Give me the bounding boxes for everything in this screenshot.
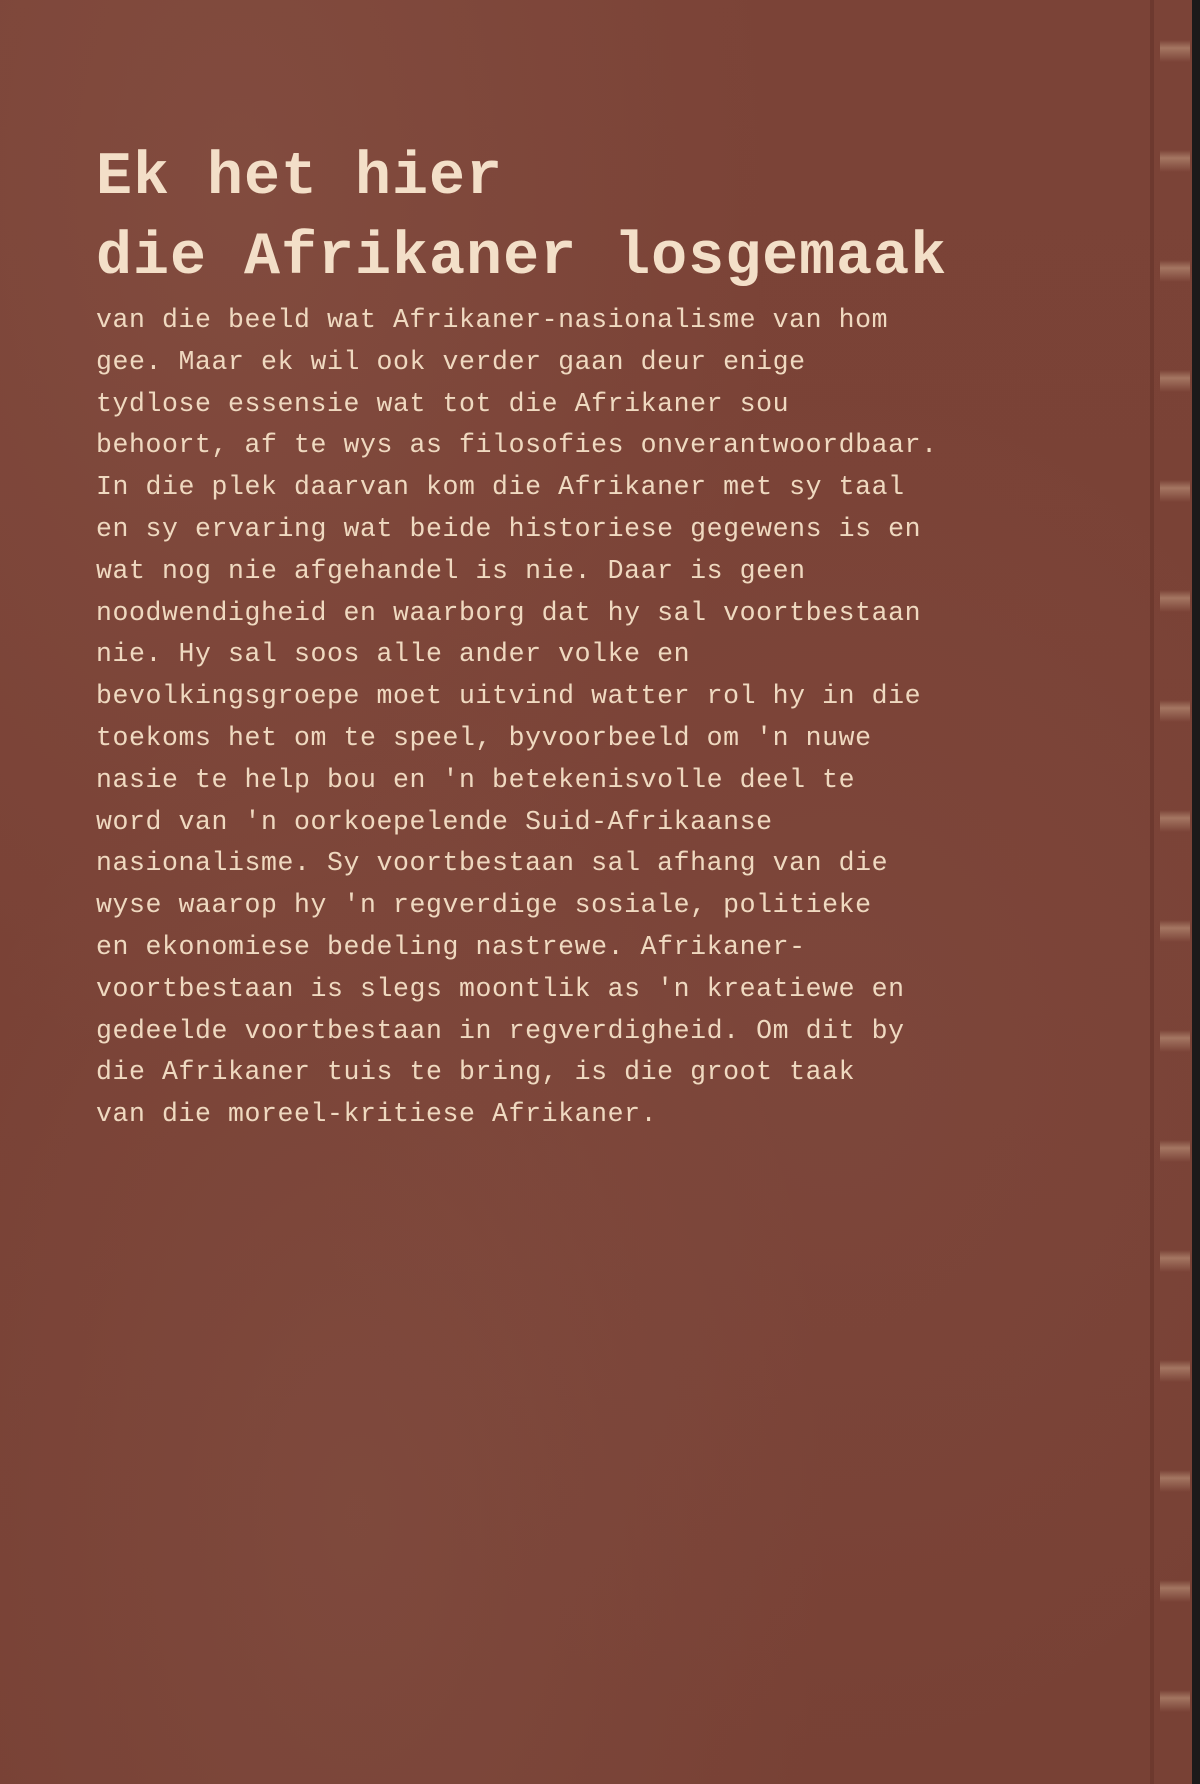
blurb-line: gedeelde voortbestaan in regverdigheid. …: [96, 1011, 947, 1053]
blurb-line: wat nog nie afgehandel is nie. Daar is g…: [96, 551, 947, 593]
blurb-line: voortbestaan is slegs moontlik as 'n kre…: [96, 969, 947, 1011]
blurb-line: toekoms het om te speel, byvoorbeeld om …: [96, 718, 947, 760]
blurb-line: van die beeld wat Afrikaner-nasionalisme…: [96, 300, 947, 342]
spine-crease: [1150, 0, 1154, 1784]
scan-edge: [1192, 0, 1200, 1784]
blurb-line: gee. Maar ek wil ook verder gaan deur en…: [96, 342, 947, 384]
blurb-line: die Afrikaner tuis te bring, is die groo…: [96, 1052, 947, 1094]
spine-wear: [1160, 0, 1190, 1784]
cover-headline: Ek het hier die Afrikaner losgemaak: [96, 138, 947, 298]
blurb-line: behoort, af te wys as filosofies onveran…: [96, 425, 947, 467]
blurb-line: en sy ervaring wat beide historiese gege…: [96, 509, 947, 551]
blurb-line: wyse waarop hy 'n regverdige sosiale, po…: [96, 885, 947, 927]
blurb-line: en ekonomiese bedeling nastrewe. Afrikan…: [96, 927, 947, 969]
cover-text: Ek het hier die Afrikaner losgemaak van …: [96, 138, 947, 1136]
blurb-line: tydlose essensie wat tot die Afrikaner s…: [96, 384, 947, 426]
blurb-line: nasie te help bou en 'n betekenisvolle d…: [96, 760, 947, 802]
headline-line-2: die Afrikaner losgemaak: [96, 218, 947, 298]
blurb-line: In die plek daarvan kom die Afrikaner me…: [96, 467, 947, 509]
blurb-line: bevolkingsgroepe moet uitvind watter rol…: [96, 676, 947, 718]
blurb-line: word van 'n oorkoepelende Suid-Afrikaans…: [96, 802, 947, 844]
blurb-line: nie. Hy sal soos alle ander volke en: [96, 634, 947, 676]
headline-line-1: Ek het hier: [96, 138, 947, 218]
blurb-line: noodwendigheid en waarborg dat hy sal vo…: [96, 593, 947, 635]
blurb-line: nasionalisme. Sy voortbestaan sal afhang…: [96, 843, 947, 885]
blurb-paragraph: van die beeld wat Afrikaner-nasionalisme…: [96, 300, 947, 1136]
blurb-line: van die moreel-kritiese Afrikaner.: [96, 1094, 947, 1136]
